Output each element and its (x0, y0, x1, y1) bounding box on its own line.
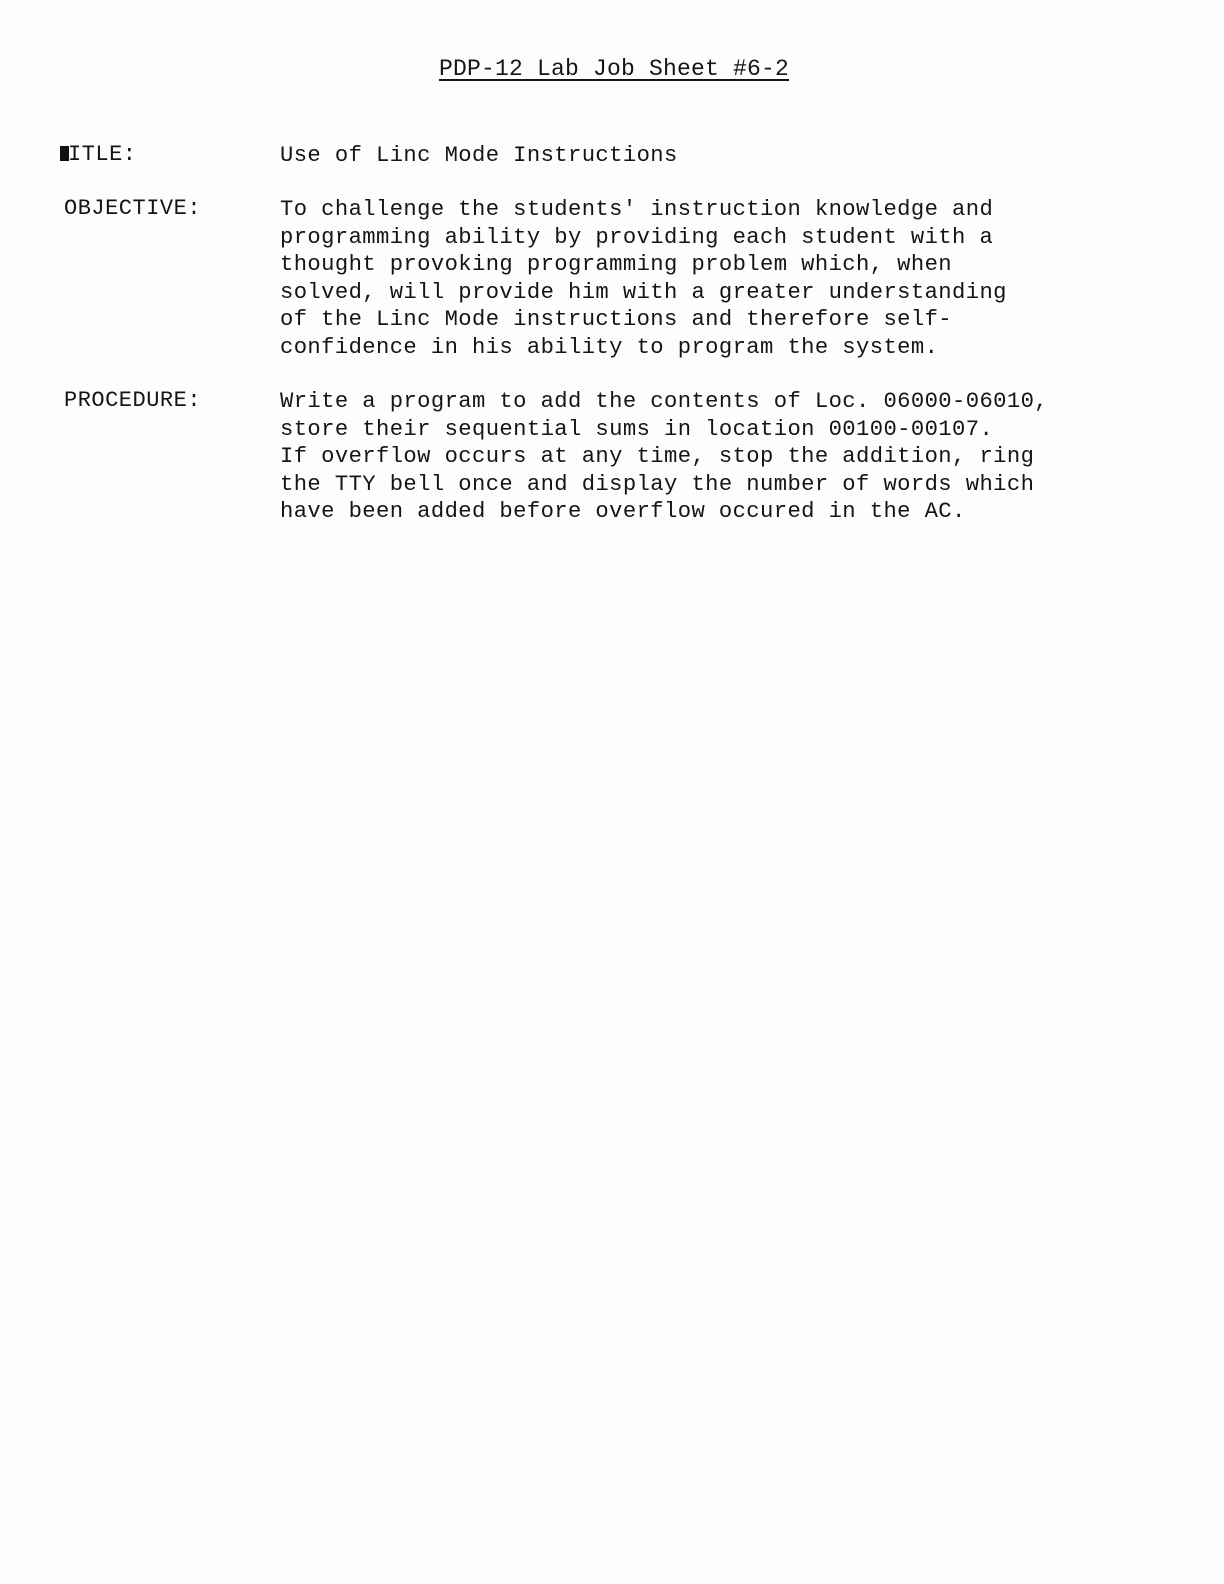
content-line: Write a program to add the contents of L… (280, 388, 1048, 416)
content-line: solved, will provide him with a greater … (280, 279, 1007, 307)
content-line: have been added before overflow occured … (280, 498, 1048, 526)
scan-artifact-mark (60, 146, 69, 161)
content-line: To challenge the students' instruction k… (280, 196, 1007, 224)
content-line: If overflow occurs at any time, stop the… (280, 443, 1048, 471)
content-line: programming ability by providing each st… (280, 224, 1007, 252)
content-line: of the Linc Mode instructions and theref… (280, 306, 1007, 334)
section-label-title-text: ITLE: (68, 142, 137, 167)
section-content-title: Use of Linc Mode Instructions (280, 142, 678, 170)
content-line: the TTY bell once and display the number… (280, 471, 1048, 499)
section-label-procedure: PROCEDURE: (64, 388, 201, 413)
document-title: PDP-12 Lab Job Sheet #6-2 (439, 56, 789, 82)
content-line: Use of Linc Mode Instructions (280, 142, 678, 170)
content-line: thought provoking programming problem wh… (280, 251, 1007, 279)
section-content-objective: To challenge the students' instruction k… (280, 196, 1007, 361)
document-header: PDP-12 Lab Job Sheet #6-2 (0, 56, 1224, 82)
section-content-procedure: Write a program to add the contents of L… (280, 388, 1048, 526)
content-line: store their sequential sums in location … (280, 416, 1048, 444)
section-label-title: ITLE: (60, 142, 137, 167)
content-line: confidence in his ability to program the… (280, 334, 1007, 362)
section-label-objective: OBJECTIVE: (64, 196, 201, 221)
